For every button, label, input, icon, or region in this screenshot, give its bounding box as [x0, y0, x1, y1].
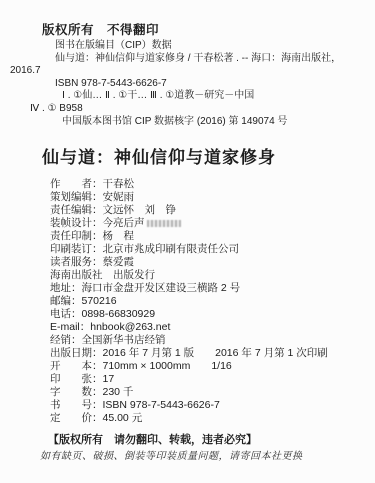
detail-phone: 电话：0898-66830929 — [50, 308, 367, 321]
footer-block: 【版权所有 请勿翻印、转载，违者必究】 如有缺页、破损、倒装等印装质量问题，请寄… — [10, 433, 367, 463]
detail-word-count: 字 数：230 千 — [50, 386, 367, 399]
detail-planning-editor: 策划编辑：安妮雨 — [50, 191, 367, 204]
footer-quality-note: 如有缺页、破损、倒装等印装质量问题，请寄回本社更换 — [40, 450, 367, 463]
detail-publisher: 海南出版社 出版发行 — [50, 269, 367, 282]
detail-distribution: 经销：全国新华书店经销 — [50, 334, 367, 347]
publication-details: 作 者：干春松 策划编辑：安妮雨 责任编辑：文远怀 刘 铮 装帧设计：今亮后声 … — [10, 178, 367, 425]
detail-publish-date: 出版日期：2016 年 7 月第 1 版 2016 年 7 月第 1 次印刷 — [50, 347, 367, 360]
detail-price: 定 价：45.00 元 — [50, 412, 367, 425]
cip-block: 图书在版编目（CIP）数据 仙与道：神仙信仰与道家修身 / 干春松著 . -- … — [10, 40, 367, 128]
detail-reader-service: 读者服务：蔡爱霞 — [50, 256, 367, 269]
detail-cover-design-text: 装帧设计：今亮后声 — [50, 217, 145, 229]
cip-heading: 图书在版编目（CIP）数据 — [55, 40, 367, 53]
cip-classification: Ⅰ . ①仙… Ⅱ . ①干… Ⅲ . ①道教－研究－中国 — [62, 90, 367, 103]
detail-address: 地址：海口市金盘开发区建设三横路 2 号 — [50, 282, 367, 295]
copyright-page: 版权所有 不得翻印 图书在版编目（CIP）数据 仙与道：神仙信仰与道家修身 / … — [0, 0, 375, 483]
footer-copyright-warning: 【版权所有 请勿翻印、转载，违者必究】 — [48, 433, 367, 448]
detail-book-number: 书 号：ISBN 978-7-5443-6626-7 — [50, 399, 367, 412]
detail-postcode: 邮编：570216 — [50, 295, 367, 308]
detail-responsible-editor: 责任编辑：文远怀 刘 铮 — [50, 204, 367, 217]
detail-format: 开 本：710mm × 1000mm 1/16 — [50, 360, 367, 373]
detail-cover-design: 装帧设计：今亮后声 — [50, 217, 367, 230]
detail-sheets: 印 张：17 — [50, 373, 367, 386]
copyright-top-notice: 版权所有 不得翻印 — [42, 22, 367, 38]
designer-logo-mark — [147, 220, 181, 227]
detail-author: 作 者：干春松 — [50, 178, 367, 191]
cip-class-number: Ⅳ . ① B958 — [30, 103, 367, 116]
cip-year: 2016.7 — [10, 65, 367, 78]
detail-email: E-mail：hnbook@263.net — [50, 321, 367, 334]
detail-print-supervisor: 责任印制：杨 程 — [50, 230, 367, 243]
cip-record-number: 中国版本图书馆 CIP 数据核字 (2016) 第 149074 号 — [62, 116, 367, 129]
cip-isbn: ISBN 978-7-5443-6626-7 — [55, 78, 367, 91]
detail-printer: 印刷装订：北京市兆成印刷有限责任公司 — [50, 243, 367, 256]
book-title: 仙与道：神仙信仰与道家修身 — [42, 147, 367, 169]
cip-entry: 仙与道：神仙信仰与道家修身 / 干春松著 . -- 海口：海南出版社， — [55, 53, 367, 66]
